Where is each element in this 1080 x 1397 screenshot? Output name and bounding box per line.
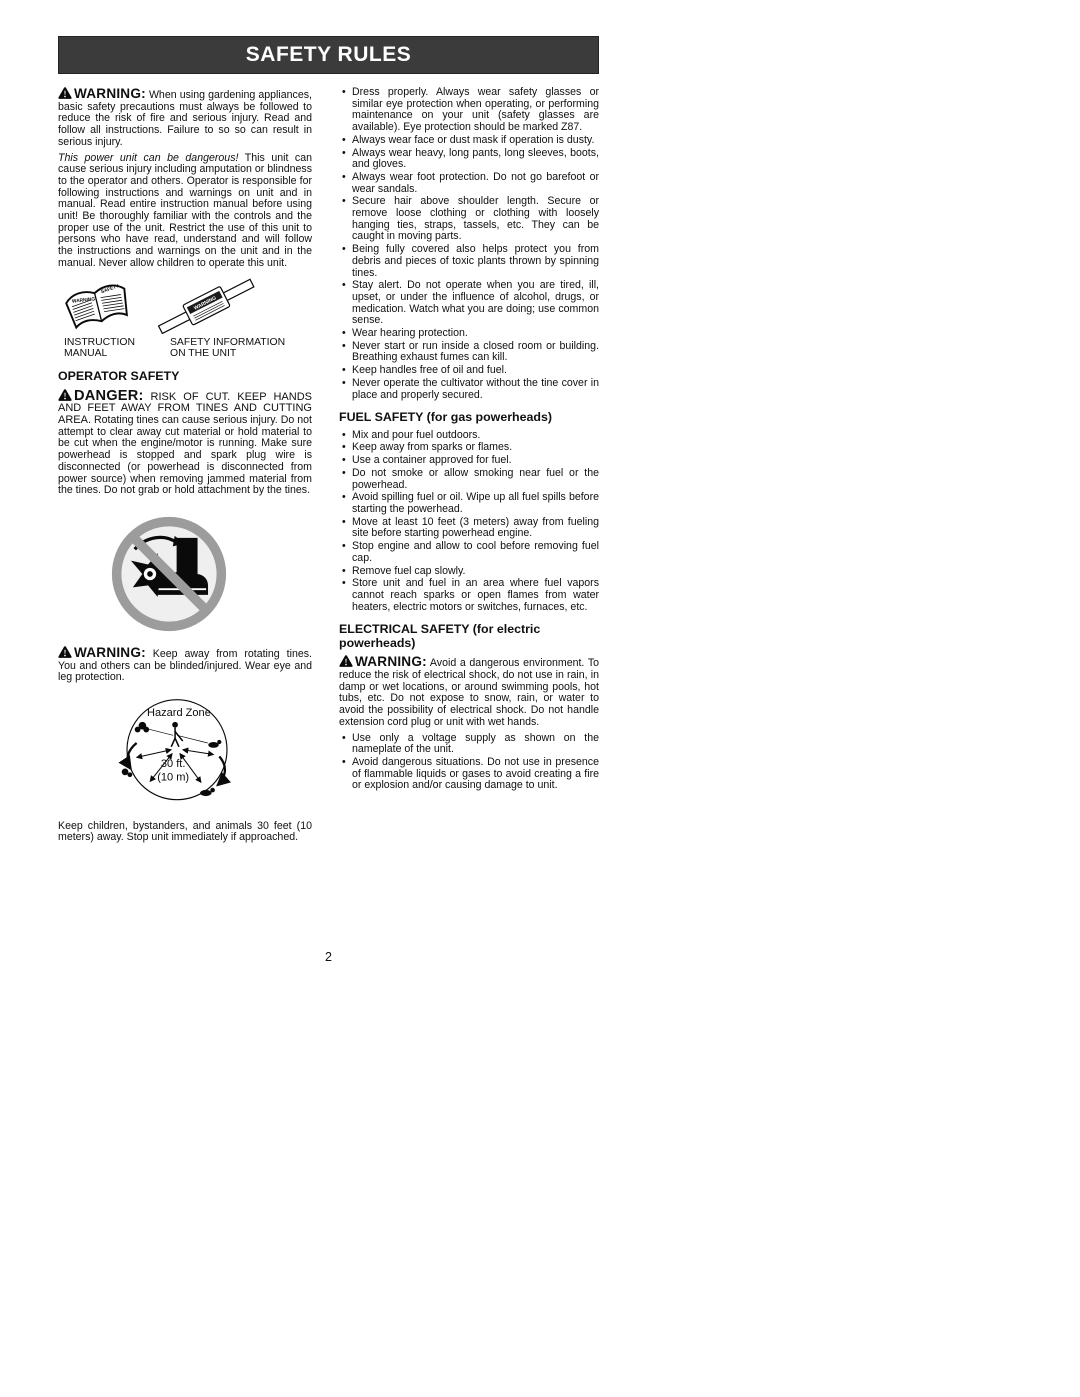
left-column: WARNING: When using gardening appliances… [58, 87, 312, 848]
list-item: Secure hair above shoulder length. Secur… [339, 196, 599, 243]
page-header-bar: SAFETY RULES [58, 36, 599, 74]
list-item: Store unit and fuel in an area where fue… [339, 578, 599, 613]
instruction-manual-caption: INSTRUCTION MANUAL [64, 337, 152, 361]
two-column-layout: WARNING: When using gardening appliances… [58, 87, 599, 848]
warning-label: WARNING: [355, 654, 427, 669]
list-item: Avoid dangerous situations. Do not use i… [339, 757, 599, 792]
danger-rest-text: Rotating tines can cause serious injury.… [58, 414, 312, 496]
operator-figure [171, 722, 183, 747]
list-item: Never start or run inside a closed room … [339, 341, 599, 364]
keep-children-paragraph: Keep children, bystanders, and animals 3… [58, 821, 312, 844]
danger-label: DANGER: [74, 388, 144, 404]
warning-paragraph-electrical: WARNING: Avoid a dangerous environment. … [339, 655, 599, 728]
list-item: Use only a voltage supply as shown on th… [339, 733, 599, 756]
safety-label-icon: WARNING [154, 278, 258, 334]
warning-triangle-icon [58, 87, 72, 99]
list-item: Always wear foot protection. Do not go b… [339, 172, 599, 195]
warning-triangle-icon [339, 655, 353, 667]
danger-paragraph: DANGER: RISK OF CUT. KEEP HANDS AND FEET… [58, 389, 312, 497]
list-item: Use a container approved for fuel. [339, 455, 599, 467]
danger-intro-rest: This unit can cause serious injury inclu… [58, 152, 312, 269]
warning-label: WARNING: [74, 86, 146, 101]
warning-label: WARNING: [74, 645, 146, 660]
list-item: Always wear heavy, long pants, long slee… [339, 148, 599, 171]
right-column: Dress properly. Always wear safety glass… [339, 87, 599, 848]
list-item: Always wear face or dust mask if operati… [339, 135, 599, 147]
electrical-safety-heading: ELECTRICAL SAFETY (for electric powerhea… [339, 623, 599, 650]
danger-triangle-icon [58, 389, 72, 401]
list-item: Being fully covered also helps protect y… [339, 244, 599, 279]
hazard-distance-meters: (10 m) [157, 772, 189, 784]
list-item: Stop engine and allow to cool before rem… [339, 541, 599, 564]
fuel-bullet-list: Mix and pour fuel outdoors.Keep away fro… [339, 430, 599, 614]
safety-information-caption: SAFETY INFORMATION ON THE UNIT [170, 337, 302, 361]
warning-triangle-icon [58, 646, 72, 658]
page-title: SAFETY RULES [246, 43, 411, 67]
page-content: SAFETY RULES WARNING: When using gardeni… [58, 36, 599, 848]
no-feet-near-tines-icon [110, 515, 228, 633]
list-item: Never operate the cultivator without the… [339, 378, 599, 401]
hazard-distance-feet: 30 ft. [161, 758, 186, 770]
hazard-zone-diagram: Hazard Zone [102, 693, 252, 806]
list-item: Avoid spilling fuel or oil. Wipe up all … [339, 492, 599, 515]
electrical-bullet-list: Use only a voltage supply as shown on th… [339, 733, 599, 793]
manual-page: SAFETY RULES WARNING: When using gardeni… [0, 0, 1080, 1397]
instruction-manual-icon: WARNING SAFETY [60, 278, 138, 334]
warning-paragraph-tines: WARNING: Keep away from rotating tines. … [58, 646, 312, 684]
list-item: Do not smoke or allow smoking near fuel … [339, 468, 599, 491]
ppe-bullet-list: Dress properly. Always wear safety glass… [339, 87, 599, 401]
list-item: Remove fuel cap slowly. [339, 566, 599, 578]
warning-paragraph-general: WARNING: When using gardening appliances… [58, 87, 312, 149]
list-item: Stay alert. Do not operate when you are … [339, 280, 599, 327]
hazard-zone-label: Hazard Zone [147, 707, 211, 719]
operator-safety-heading: OPERATOR SAFETY [58, 370, 312, 384]
danger-intro-paragraph: This power unit can be dangerous! This u… [58, 153, 312, 270]
danger-intro-lead: This power unit can be dangerous! [58, 152, 238, 164]
safety-icons-row: WARNING SAFETY [58, 278, 312, 334]
list-item: Keep handles free of oil and fuel. [339, 365, 599, 377]
fuel-safety-heading: FUEL SAFETY (for gas powerheads) [339, 411, 599, 425]
list-item: Move at least 10 feet (3 meters) away fr… [339, 517, 599, 540]
list-item: Wear hearing protection. [339, 328, 599, 340]
page-number: 2 [58, 950, 599, 964]
list-item: Mix and pour fuel outdoors. [339, 430, 599, 442]
list-item: Keep away from sparks or flames. [339, 442, 599, 454]
list-item: Dress properly. Always wear safety glass… [339, 87, 599, 134]
icon-captions-row: INSTRUCTION MANUAL SAFETY INFORMATION ON… [58, 337, 312, 361]
